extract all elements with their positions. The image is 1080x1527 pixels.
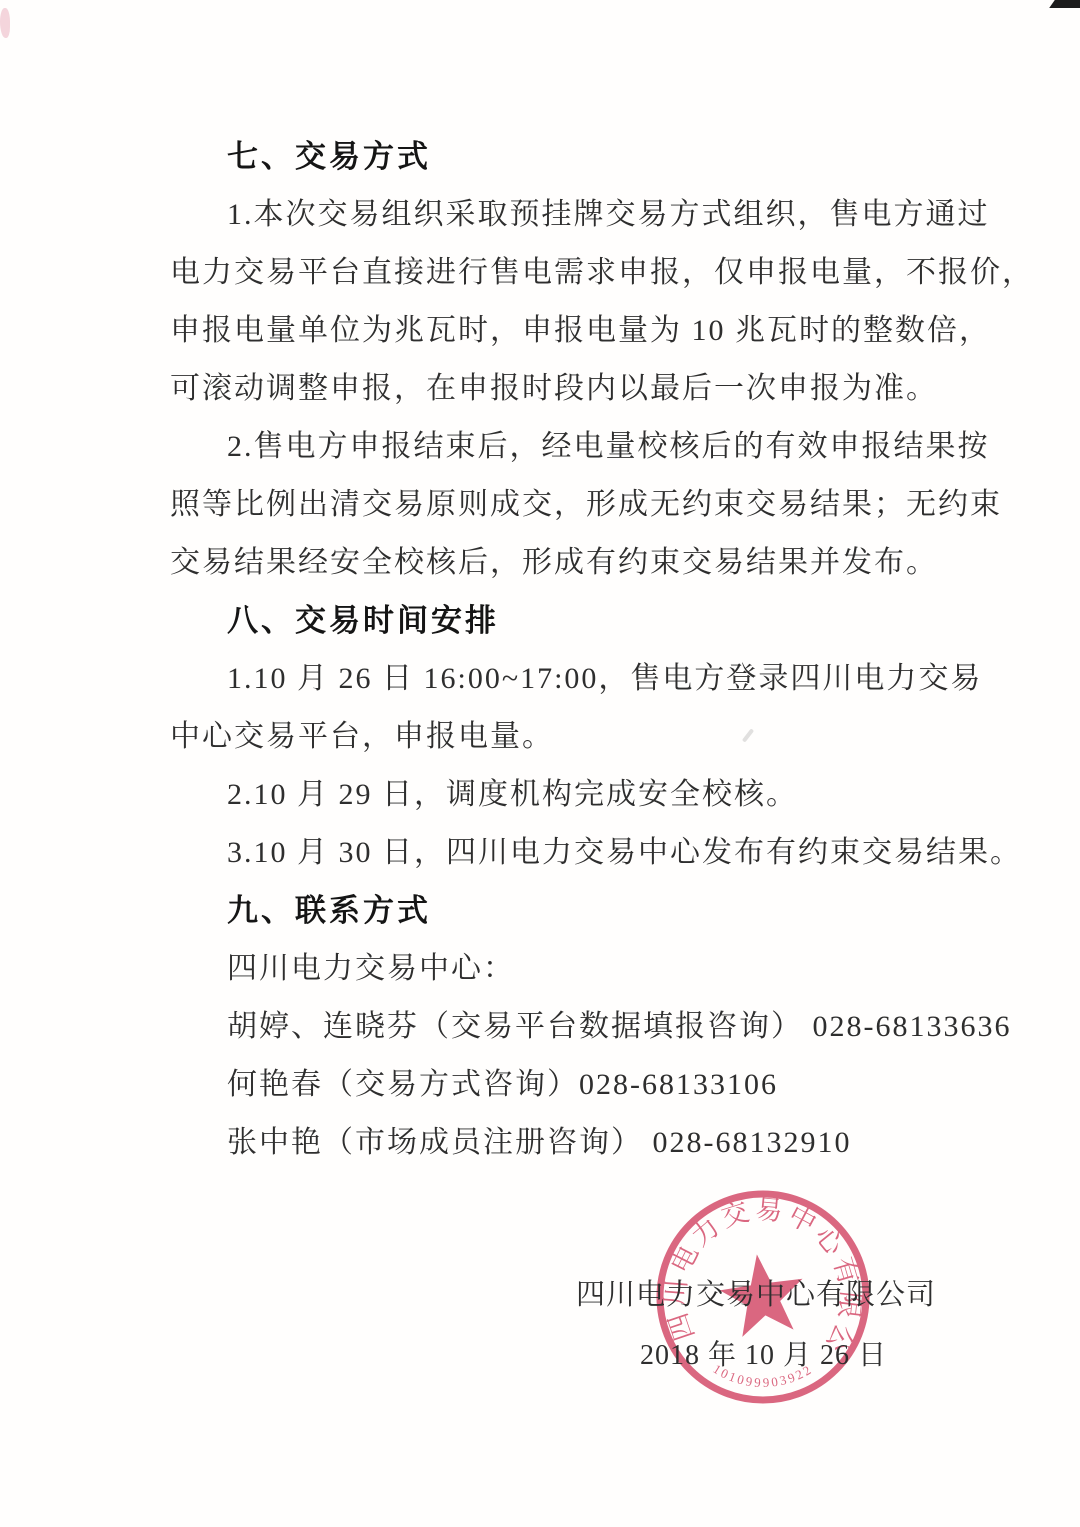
text-line: 3.10 月 30 日，四川电力交易中心发布有约束交易结果。 bbox=[170, 824, 945, 882]
scan-artifact bbox=[0, 8, 10, 38]
text-line: 电力交易平台直接进行售电需求申报，仅申报电量，不报价， bbox=[170, 244, 945, 302]
text-line: 申报电量单位为兆瓦时，申报电量为 10 兆瓦时的整数倍， bbox=[170, 302, 945, 360]
section-heading: 八、交易时间安排 bbox=[170, 592, 945, 650]
scan-artifact bbox=[1049, 0, 1080, 8]
signature-company: 四川电力交易中心有限公司 bbox=[576, 1272, 936, 1313]
text-line: 1.本次交易组织采取预挂牌交易方式组织，售电方通过 bbox=[170, 186, 945, 244]
text-line: 1.10 月 26 日 16:00~17:00，售电方登录四川电力交易 bbox=[170, 650, 945, 708]
section-heading: 九、联系方式 bbox=[170, 882, 945, 940]
text-line: 2.售电方申报结束后，经电量校核后的有效申报结果按 bbox=[170, 418, 945, 476]
signature-date: 2018 年 10 月 26 日 bbox=[640, 1333, 887, 1373]
text-line: 何艳春（交易方式咨询）028-68133106 bbox=[170, 1056, 945, 1114]
document-page: 七、交易方式1.本次交易组织采取预挂牌交易方式组织，售电方通过电力交易平台直接进… bbox=[0, 0, 1080, 1527]
text-line: 可滚动调整申报，在申报时段内以最后一次申报为准。 bbox=[170, 360, 945, 418]
text-line: 胡婷、连晓芬（交易平台数据填报咨询） 028-68133636 bbox=[170, 998, 945, 1056]
text-line: 中心交易平台，申报电量。 bbox=[170, 708, 945, 766]
text-line: 照等比例出清交易原则成交，形成无约束交易结果；无约束 bbox=[170, 476, 945, 534]
text-flow: 七、交易方式1.本次交易组织采取预挂牌交易方式组织，售电方通过电力交易平台直接进… bbox=[170, 128, 945, 1172]
text-line: 张中艳（市场成员注册咨询） 028-68132910 bbox=[170, 1114, 945, 1172]
section-heading: 七、交易方式 bbox=[170, 128, 945, 186]
text-line: 四川电力交易中心： bbox=[170, 940, 945, 998]
text-line: 交易结果经安全校核后，形成有约束交易结果并发布。 bbox=[170, 534, 945, 592]
text-line: 2.10 月 29 日，调度机构完成安全校核。 bbox=[170, 766, 945, 824]
